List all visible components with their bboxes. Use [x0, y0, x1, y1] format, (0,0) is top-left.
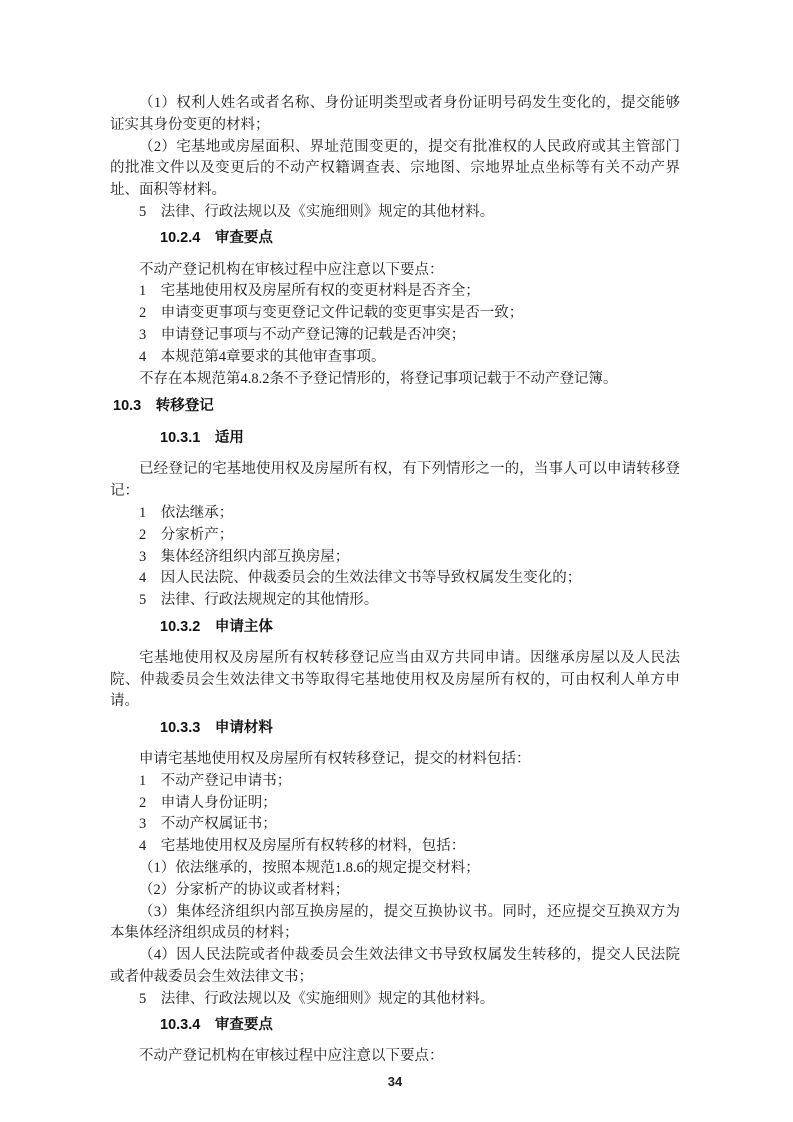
list-item: 5 法律、行政法规以及《实施细则》规定的其他材料。 [110, 202, 680, 224]
list-item: 2 分家析产； [110, 525, 680, 547]
list-item: 4 因人民法院、仲裁委员会的生效法律文书等导致权属发生变化的； [110, 568, 680, 590]
subsection-heading-10-3-4: 10.3.4 审查要点 [160, 1015, 680, 1037]
paragraph: 不动产登记机构在审核过程中应注意以下要点： [110, 1046, 680, 1068]
list-item: 4 本规范第4章要求的其他审查事项。 [110, 347, 680, 369]
paragraph: 已经登记的宅基地使用权及房屋所有权，有下列情形之一的，当事人可以申请转移登记： [110, 459, 680, 503]
list-item: 2 申请变更事项与变更登记文件记载的变更事实是否一致； [110, 303, 680, 325]
list-item: 3 集体经济组织内部互换房屋； [110, 547, 680, 569]
list-item: 5 法律、行政法规规定的其他情形。 [110, 590, 680, 612]
list-item: 1 不动产登记申请书； [110, 771, 680, 793]
section-heading-10-3: 10.3 转移登记 [113, 396, 680, 418]
subsection-heading-10-3-3: 10.3.3 申请材料 [160, 718, 680, 740]
list-item: 2 申请人身份证明； [110, 793, 680, 815]
list-item: 3 不动产权属证书； [110, 814, 680, 836]
paragraph: （3）集体经济组织内部互换房屋的，提交互换协议书。同时，还应提交互换双方为本集体… [110, 902, 680, 946]
page-number: 34 [110, 1071, 680, 1093]
paragraph: （2）分家析产的协议或者材料； [110, 880, 680, 902]
paragraph: 不动产登记机构在审核过程中应注意以下要点： [110, 260, 680, 282]
subsection-heading-10-3-1: 10.3.1 适用 [160, 428, 680, 450]
paragraph: 不存在本规范第4.8.2条不予登记情形的，将登记事项记载于不动产登记簿。 [110, 369, 680, 391]
list-item: 1 依法继承； [110, 503, 680, 525]
list-item: 3 申请登记事项与不动产登记簿的记载是否冲突； [110, 325, 680, 347]
list-item: 1 宅基地使用权及房屋所有权的变更材料是否齐全； [110, 281, 680, 303]
document-page: （1）权利人姓名或者名称、身份证明类型或者身份证明号码发生变化的，提交能够证实其… [0, 0, 793, 1122]
subsection-heading-10-3-2: 10.3.2 申请主体 [160, 617, 680, 639]
paragraph: （1）权利人姓名或者名称、身份证明类型或者身份证明号码发生变化的，提交能够证实其… [110, 93, 680, 137]
paragraph: （1）依法继承的，按照本规范1.8.6的规定提交材料； [110, 858, 680, 880]
paragraph: 申请宅基地使用权及房屋所有权转移登记，提交的材料包括： [110, 749, 680, 771]
list-item: 4 宅基地使用权及房屋所有权转移的材料，包括： [110, 836, 680, 858]
paragraph: （4）因人民法院或者仲裁委员会生效法律文书导致权属发生转移的，提交人民法院或者仲… [110, 945, 680, 989]
paragraph: （2）宅基地或房屋面积、界址范围变更的，提交有批准权的人民政府或其主管部门的批准… [110, 137, 680, 202]
subsection-heading-10-2-4: 10.2.4 审查要点 [160, 228, 680, 250]
paragraph: 宅基地使用权及房屋所有权转移登记应当由双方共同申请。因继承房屋以及人民法院、仲裁… [110, 648, 680, 713]
list-item: 5 法律、行政法规以及《实施细则》规定的其他材料。 [110, 989, 680, 1011]
